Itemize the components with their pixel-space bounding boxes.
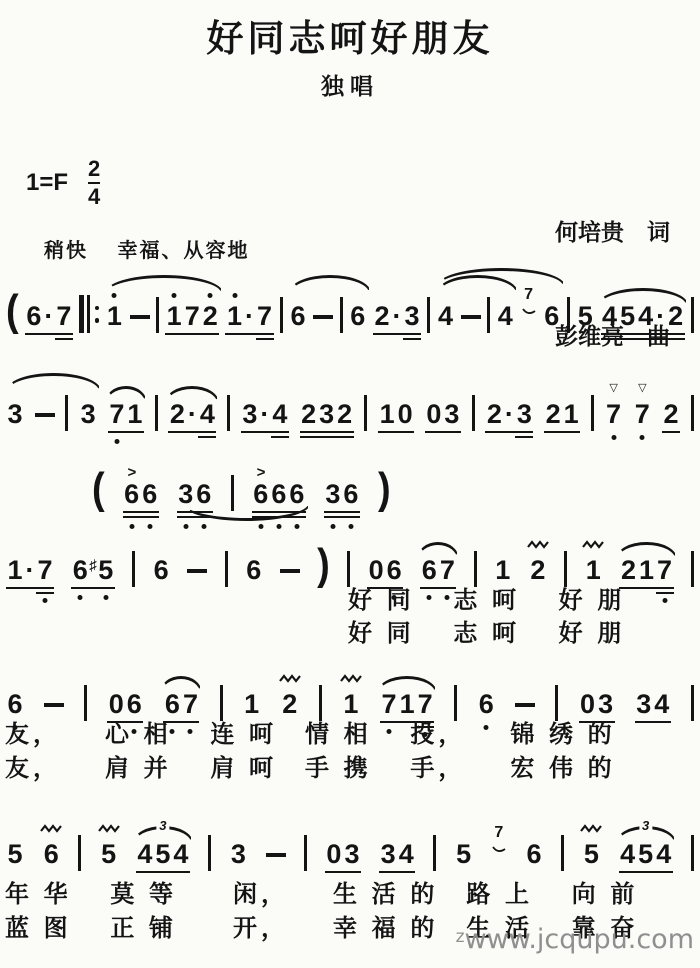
phrase-slur-arc: [6, 373, 101, 391]
note-token: 03: [325, 840, 361, 868]
octave-dot-low: [611, 435, 616, 440]
beam-underline: [485, 431, 533, 434]
beam-underline-2: [198, 436, 216, 439]
music-system-4: 1·76♯566)0667121217: [6, 544, 694, 584]
note-digit: 5: [619, 302, 637, 330]
tie-slur-arc: [160, 676, 202, 693]
note-digit: 2: [300, 400, 318, 428]
lyric-line-verse1: 年 华 莫 等 闲， 生 活 的 路 上 向 前: [5, 874, 638, 909]
beam-underline: [136, 871, 190, 874]
note-token: 6: [543, 302, 561, 330]
note-digit: 6: [342, 480, 360, 508]
octave-dot-low: [348, 524, 353, 529]
beam-underline: [168, 431, 216, 434]
note-digit: 7▽: [605, 400, 623, 428]
barline: [561, 835, 564, 871]
credits: 何培贵 词 彭维亮 曲: [555, 146, 670, 422]
barline: [156, 297, 159, 333]
note-digit: 6: [71, 556, 89, 584]
mordent-icon: [279, 674, 301, 683]
note-digit: 7▽: [633, 400, 651, 428]
barline: [280, 297, 283, 333]
note-digit: 3: [318, 400, 336, 428]
beam-underline: [225, 333, 273, 336]
note-token: 4: [496, 302, 514, 330]
note-digit: 3: [79, 400, 97, 428]
repeat-thin-bar: [87, 295, 90, 333]
beam-underline: [25, 333, 73, 336]
tie-slur-arc: [598, 288, 688, 305]
octave-dot-low: [662, 598, 667, 603]
lyricist-credit: 何培贵 词: [555, 215, 670, 250]
note-token: 4543: [619, 840, 673, 868]
barline: [304, 835, 307, 871]
duration-dash: [187, 569, 207, 574]
accent-mark: ▽: [638, 383, 646, 394]
note-digit: ♯: [89, 558, 97, 574]
note-digit: 3: [229, 840, 247, 868]
note-digit: 1: [562, 400, 580, 428]
barline: [227, 395, 230, 431]
parenthesis: ): [378, 467, 391, 511]
note-digit: 5: [154, 840, 172, 868]
note-digit: 2: [544, 400, 562, 428]
note-token: 6>6: [123, 480, 159, 508]
duration-dash: [130, 315, 150, 320]
barline: [487, 297, 490, 333]
note-digit: 3: [379, 840, 397, 868]
note-digit: 4: [136, 840, 154, 868]
note-digit: ·: [244, 302, 256, 330]
note-digit: 5: [576, 302, 594, 330]
beam-underline: [373, 333, 421, 336]
repeat-dot: [95, 306, 100, 311]
phrase-slur-arc-below: [183, 504, 310, 521]
song-title: 好同志呵好朋友: [0, 8, 700, 62]
note-digit: 3: [635, 690, 653, 718]
note-digit: 4: [655, 840, 673, 868]
barline: [691, 685, 694, 721]
octave-dot-low: [201, 524, 206, 529]
note-digit: 1: [126, 400, 144, 428]
beam-underline: [300, 431, 354, 434]
grace-note: 7: [492, 825, 506, 859]
note-token: 03: [425, 400, 461, 428]
mordent-icon: [98, 824, 120, 833]
barline: [691, 835, 694, 871]
note-token: 3: [229, 840, 247, 868]
beam-underline-2: [515, 436, 533, 439]
note-token: 36: [324, 480, 360, 508]
mordent-icon: [40, 824, 62, 833]
note-digit: ·: [259, 400, 271, 428]
note-digit: 1: [378, 400, 396, 428]
note-token: 34: [379, 840, 415, 868]
barline: [78, 835, 81, 871]
note-token: 2·3: [485, 400, 533, 428]
barline: [691, 395, 694, 431]
note-digit: 6: [25, 302, 43, 330]
barline: [567, 297, 570, 333]
note-digit: 2: [662, 400, 680, 428]
beam-underline-2: [601, 338, 685, 341]
duration-dash: [35, 413, 55, 418]
beam-underline-2: [271, 436, 289, 439]
key-label: 1=F: [26, 169, 68, 197]
tie-slur-arc: [105, 386, 147, 403]
note-digit: 4: [271, 400, 289, 428]
note-token: 4543: [136, 840, 190, 868]
note-digit: 6: [152, 556, 170, 584]
lyric-line-verse1: 友， 心 相 连 呵 情 相 投， 锦 绣 的: [5, 714, 616, 749]
watermark-url: www.jcqupu.com: [465, 924, 694, 955]
mordent-icon: [527, 540, 549, 549]
key-signature: 1=F 2 4: [26, 158, 100, 208]
note-digit: ·: [24, 556, 36, 584]
grace-slide-hook: [522, 303, 536, 321]
beam-underline-2: [300, 436, 354, 439]
mordent-icon: [582, 540, 604, 549]
note-token: 6: [152, 556, 170, 584]
grace-note: 7: [522, 287, 536, 321]
music-system-2: 33712·43·423210032·3217▽7▽2: [6, 388, 694, 428]
barline: [691, 297, 694, 333]
note-digit: 6: [141, 480, 159, 508]
lyric-line-verse1: 好 同 志 呵 好 朋: [348, 580, 625, 615]
octave-dot-high: [208, 293, 213, 298]
note-token: 34: [635, 690, 671, 718]
note-token: 2·3: [373, 302, 421, 330]
triplet-number: 3: [639, 819, 652, 832]
note-token: 10: [378, 400, 414, 428]
note-token: 5: [455, 840, 473, 868]
note-digit: 3: [403, 302, 421, 330]
duration-dash: [515, 703, 535, 708]
note-digit: 0: [425, 400, 443, 428]
accent-mark: ▽: [609, 383, 617, 394]
note-digit: 1: [638, 556, 656, 584]
barline: [225, 551, 228, 587]
repeat-dots: [95, 306, 100, 323]
note-digit: 1: [6, 556, 24, 584]
phrase-slur-arc: [289, 275, 371, 293]
note-digit: 3: [6, 400, 24, 428]
note-token: 6: [42, 840, 60, 868]
note-token: 71: [108, 400, 144, 428]
note-token: 7▽: [633, 400, 651, 428]
note-digit: 3: [515, 400, 533, 428]
beam-underline: [619, 587, 673, 590]
note-digit: 7: [55, 302, 73, 330]
barline: [427, 297, 430, 333]
note-digit: 0: [396, 400, 414, 428]
tie-slur-arc: [417, 542, 459, 559]
note-digit: ·: [503, 400, 515, 428]
beam-underline-2: [403, 338, 421, 341]
note-digit: 3: [443, 400, 461, 428]
note-digit: 5: [582, 840, 600, 868]
note-digit: 6: [543, 302, 561, 330]
note-digit: 7: [183, 302, 201, 330]
accent-mark: >: [256, 465, 265, 480]
duration-dash: [313, 315, 333, 320]
beam-underline-2: [256, 338, 274, 341]
note-token: 6: [525, 840, 543, 868]
accent-mark: >: [127, 465, 136, 480]
note-digit: 5: [455, 840, 473, 868]
beam-underline: [619, 871, 673, 874]
octave-dot-low: [640, 435, 645, 440]
note-token: 3: [79, 400, 97, 428]
barline: [433, 835, 436, 871]
triplet-number: 3: [156, 819, 169, 832]
note-token: 2: [662, 400, 680, 428]
note-digit: ·: [43, 302, 55, 330]
tie-slur-arc: [165, 386, 219, 403]
note-token: 172: [165, 302, 219, 330]
note-digit: 0: [325, 840, 343, 868]
parenthesis: (: [92, 467, 105, 511]
note-digit: 2: [168, 400, 186, 428]
note-digit: 2: [336, 400, 354, 428]
note-token: 232: [300, 400, 354, 428]
mordent-icon: [580, 824, 602, 833]
note-digit: 3: [241, 400, 259, 428]
note-digit: 4: [601, 302, 619, 330]
note-token: 5: [100, 840, 118, 868]
barline: [472, 395, 475, 431]
note-token: 3: [6, 400, 24, 428]
octave-dot-low: [129, 524, 134, 529]
note-digit: 7: [108, 400, 126, 428]
beam-underline: [324, 511, 360, 514]
octave-dot-high: [112, 293, 117, 298]
watermark-prefix: z: [456, 927, 465, 947]
note-token: 7▽: [605, 400, 623, 428]
octave-dot-low: [43, 598, 48, 603]
note-digit: 6: [42, 840, 60, 868]
music-system-5: 6066712171760334: [6, 678, 694, 718]
meter-denominator: 4: [88, 182, 100, 208]
octave-dot-low: [78, 595, 83, 600]
note-digit: 7: [36, 556, 54, 584]
performance-type: 独唱: [0, 68, 700, 101]
phrase-slur-arc: [105, 275, 223, 293]
beam-underline: [662, 431, 680, 434]
note-digit: 3: [343, 840, 361, 868]
duration-dash: [266, 853, 286, 858]
beam-underline-2: [123, 516, 159, 519]
barline: [691, 551, 694, 587]
watermark: zwww.jcqupu.com: [456, 924, 694, 955]
note-token: 6: [289, 302, 307, 330]
beam-underline: [108, 431, 144, 434]
beam-underline: [71, 587, 115, 590]
note-digit: 5: [97, 556, 115, 584]
note-token: 2·4: [168, 400, 216, 428]
music-system-6: 56545433033457654543: [6, 828, 694, 868]
note-digit: ·: [186, 400, 198, 428]
repeat-thick-bar: [79, 295, 84, 333]
barline: [364, 395, 367, 431]
note-token: 6: [245, 556, 263, 584]
note-digit: 4: [637, 302, 655, 330]
beam-underline-2: [36, 592, 54, 595]
lyric-line-verse2: 友， 肩 并 肩 呵 手 携 手， 宏 伟 的: [5, 748, 616, 783]
note-token: 6♯5: [71, 556, 115, 584]
octave-dot-high: [232, 293, 237, 298]
beam-underline: [241, 431, 289, 434]
octave-dot-low: [183, 524, 188, 529]
note-digit: 6>: [123, 480, 141, 508]
parenthesis: ): [317, 543, 330, 587]
note-digit: 2: [667, 302, 685, 330]
barline: [155, 395, 158, 431]
note-digit: 5: [6, 840, 24, 868]
barline: [591, 395, 594, 431]
octave-dot-low: [294, 524, 299, 529]
note-digit: 4: [172, 840, 190, 868]
sheet-music-page: 好同志呵好朋友 独唱 1=F 2 4 何培贵 词 彭维亮 曲 稍快 幸福、从容地…: [0, 0, 700, 968]
music-system-1: (6·711721·7662·344765454·2: [6, 290, 694, 330]
octave-dot-low: [258, 524, 263, 529]
grace-note-digit: 7: [494, 825, 503, 841]
time-signature: 2 4: [88, 158, 100, 208]
beam-underline: [325, 871, 361, 874]
note-token: 4: [437, 302, 455, 330]
note-digit: 4: [619, 840, 637, 868]
beam-underline: [635, 721, 671, 724]
note-digit: 4: [653, 690, 671, 718]
note-digit: 5: [637, 840, 655, 868]
beam-underline: [425, 431, 461, 434]
note-token: 5: [576, 302, 594, 330]
duration-dash: [44, 703, 64, 708]
note-digit: 1: [105, 302, 123, 330]
beam-underline: [165, 333, 219, 336]
beam-underline: [601, 333, 685, 336]
beam-underline: [544, 431, 580, 434]
octave-dot-low: [114, 439, 119, 444]
tie-slur-arc: [616, 542, 676, 559]
note-digit: 5: [100, 840, 118, 868]
note-token: 1·7: [225, 302, 273, 330]
beam-underline-2: [324, 516, 360, 519]
octave-dot-low: [147, 524, 152, 529]
grace-note-digit: 7: [524, 287, 533, 303]
note-digit: 3: [324, 480, 342, 508]
note-token: 5: [582, 840, 600, 868]
beam-underline: [378, 431, 414, 434]
note-digit: 4: [198, 400, 216, 428]
octave-dot-low: [276, 524, 281, 529]
note-digit: ·: [655, 302, 667, 330]
note-token: 1·7: [6, 556, 54, 584]
lyric-line-verse2: 好 同 志 呵 好 朋: [348, 613, 625, 648]
octave-dot-low: [330, 524, 335, 529]
duration-dash: [280, 569, 300, 574]
note-digit: ·: [391, 302, 403, 330]
meter-numerator: 2: [88, 158, 100, 180]
note-digit: 7: [256, 302, 274, 330]
tempo-marking: 稍快 幸福、从容地: [44, 234, 250, 263]
repeat-sign: [79, 295, 99, 333]
grace-slide-hook: [492, 841, 506, 859]
octave-dot-high: [172, 293, 177, 298]
note-token: 6: [349, 302, 367, 330]
note-digit: 4: [397, 840, 415, 868]
note-digit: 7: [656, 556, 674, 584]
note-token: 21: [544, 400, 580, 428]
note-digit: 6: [245, 556, 263, 584]
note-digit: 4: [496, 302, 514, 330]
beam-underline: [6, 587, 54, 590]
note-digit: 4: [437, 302, 455, 330]
note-digit: 2: [201, 302, 219, 330]
duration-dash: [461, 315, 481, 320]
tie-slur-arc: [377, 676, 437, 693]
beam-underline: [379, 871, 415, 874]
note-token: 6·7: [25, 302, 73, 330]
parenthesis: (: [6, 289, 19, 333]
note-digit: 6: [349, 302, 367, 330]
beam-underline: [123, 511, 159, 514]
octave-dot-low: [103, 595, 108, 600]
barline: [132, 551, 135, 587]
barline: [65, 395, 68, 431]
note-token: 454·2: [601, 302, 685, 330]
note-digit: 1: [165, 302, 183, 330]
mordent-icon: [340, 674, 362, 683]
note-token: 217: [619, 556, 673, 584]
music-system-3-interlude: (6>6366>6636): [92, 468, 391, 508]
barline: [208, 835, 211, 871]
note-digit: 6: [289, 302, 307, 330]
repeat-dot: [95, 318, 100, 323]
note-token: 3·4: [241, 400, 289, 428]
note-digit: 1: [225, 302, 243, 330]
barline: [340, 297, 343, 333]
beam-underline-2: [656, 592, 674, 595]
note-digit: 6: [525, 840, 543, 868]
beam-underline-2: [55, 338, 73, 341]
note-token: 5: [6, 840, 24, 868]
note-digit: 2: [485, 400, 503, 428]
note-token: 1: [105, 302, 123, 330]
note-digit: 2: [373, 302, 391, 330]
